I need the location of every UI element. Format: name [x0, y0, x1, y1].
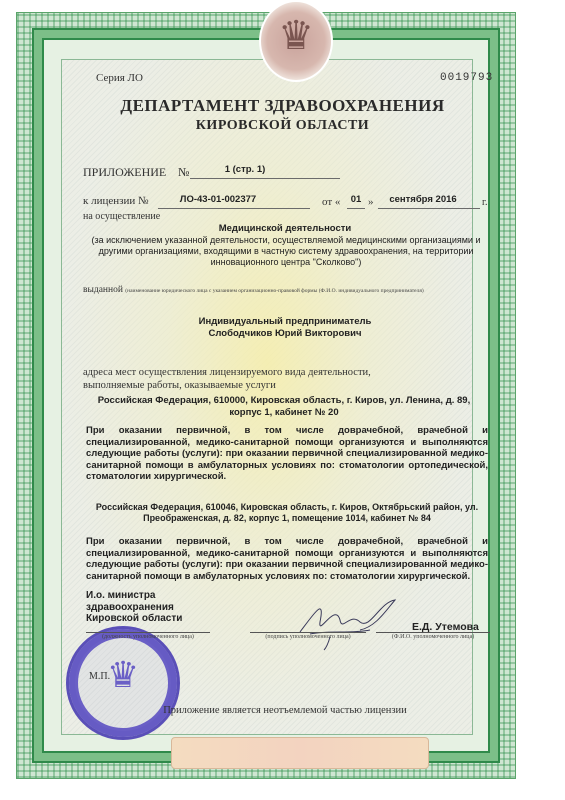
name-caption: (Ф.И.О. уполномоченного лица) [376, 634, 490, 640]
issued-to-hint: (наименование юридического лица с указан… [125, 288, 423, 294]
security-panel [171, 737, 429, 769]
year-suffix: г. [482, 197, 487, 208]
name-line [376, 632, 490, 633]
date-prefix: от « [322, 196, 340, 208]
handwritten-signature-icon [290, 592, 400, 652]
date-mid: » [368, 196, 374, 208]
license-month-year: сентября 2016 [378, 194, 468, 205]
position-caption: (должность уполномоченного лица) [86, 634, 210, 640]
services-2: При оказании первичной, в том числе довр… [86, 536, 488, 582]
license-day: 01 [347, 194, 365, 205]
official-seal-icon: ♛ [66, 626, 180, 740]
activity-label: на осуществление [83, 211, 160, 222]
issued-to-block: выданной (наименование юридического лица… [83, 283, 483, 298]
series-label: Серия ЛО [96, 72, 143, 84]
position-line [86, 632, 210, 633]
activity-description: (за исключением указанной деятельности, … [82, 235, 490, 268]
appendix-number-sign: № [178, 165, 189, 180]
license-number: ЛО-43-01-002377 [158, 194, 278, 205]
footer-note: Приложение является неотъемлемой частью … [140, 705, 430, 716]
signer-position: И.о. министра здравоохранения Кировской … [86, 590, 211, 625]
russian-coat-of-arms-icon: ♛ [259, 0, 333, 82]
address-1: Российская Федерация, 610000, Кировская … [95, 395, 473, 419]
holder-type: Индивидуальный предприниматель [80, 316, 490, 328]
seal-label: М.П. [89, 671, 110, 682]
issuer-title: ДЕПАРТАМЕНТ ЗДРАВООХРАНЕНИЯ [0, 96, 565, 116]
holder-name: Слободчиков Юрий Викторович [80, 328, 490, 340]
services-1: При оказании первичной, в том числе довр… [86, 425, 488, 483]
addresses-label: адреса мест осуществления лицензируемого… [83, 366, 413, 392]
appendix-label: ПРИЛОЖЕНИЕ [83, 165, 166, 180]
activity-title: Медицинской деятельности [80, 223, 490, 235]
appendix-number-line [190, 178, 340, 179]
issued-to-label: выданной [83, 285, 123, 295]
license-number-line [158, 208, 310, 209]
license-label: к лицензии № [83, 195, 149, 207]
month-line [378, 208, 480, 209]
signature-caption: (подпись уполномоченного лица) [250, 634, 366, 640]
serial-number: 0019793 [440, 72, 493, 84]
day-line [347, 208, 365, 209]
appendix-number: 1 (стр. 1) [190, 164, 300, 175]
signature-line [250, 632, 366, 633]
issuer-subtitle: КИРОВСКОЙ ОБЛАСТИ [0, 118, 565, 134]
address-2: Российская Федерация, 610046, Кировская … [86, 502, 488, 524]
